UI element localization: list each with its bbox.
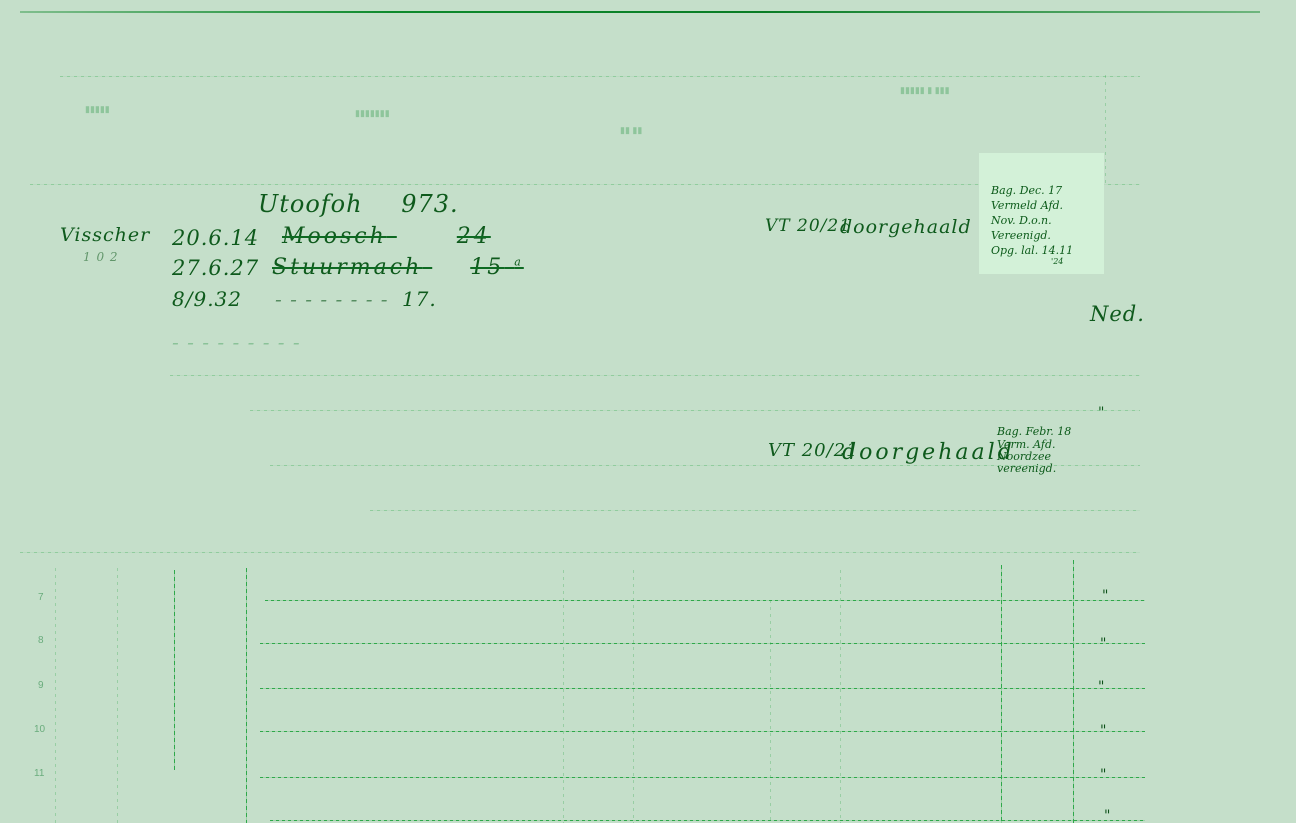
ditto-mark: "	[1100, 767, 1106, 783]
mid-rule	[170, 375, 1140, 376]
row-number: 7	[38, 592, 44, 603]
register-page: ▮▮▮▮▮ ▮▮▮▮▮▮▮ ▮▮ ▮▮ ▮▮▮▮▮ ▮ ▮▮▮ Visscher…	[0, 0, 1296, 823]
note-line: vereenigd.	[997, 463, 1071, 475]
rank-line-3: - - - - - - - - 17.	[275, 287, 437, 311]
table-col	[563, 570, 564, 823]
rank-number: 15	[470, 255, 504, 280]
table-col	[1073, 560, 1074, 823]
ditto-mark: "	[1102, 588, 1108, 604]
table-row-rule	[260, 777, 1145, 778]
note-line: '24	[991, 258, 1073, 266]
right-note: Ned.	[1090, 302, 1145, 326]
ditto-mark: "	[1104, 808, 1110, 823]
ditto-top: "	[1098, 405, 1105, 421]
mid-rule	[250, 410, 1140, 411]
surname: Visscher	[60, 224, 150, 246]
table-col	[55, 568, 56, 823]
top-rule	[20, 11, 1260, 13]
printed-header-1: ▮▮▮▮▮	[85, 104, 110, 115]
table-col	[174, 570, 175, 770]
row-number: 11	[34, 768, 44, 779]
rank-line-1: Moosch 24	[282, 224, 491, 249]
table-row-rule	[265, 600, 1145, 601]
rank-text: Moosch	[282, 224, 387, 249]
row-number: 10	[34, 724, 45, 735]
entry-date-1: 20.6.14	[172, 226, 259, 250]
rank-superscript: a	[514, 256, 524, 269]
status-ref-1: VT 20/21	[765, 216, 851, 236]
printed-header-2: ▮▮▮▮▮▮▮	[355, 108, 390, 119]
table-col	[770, 600, 771, 823]
note-line: Bag. Febr. 18	[997, 424, 1071, 439]
surname-subnumber: 1 0 2	[83, 250, 119, 264]
table-col	[117, 568, 118, 823]
printed-header-4: ▮▮▮▮▮ ▮ ▮▮▮	[900, 85, 950, 96]
entry-date-2: 27.6.27	[172, 256, 259, 280]
table-top-rule	[20, 552, 1140, 553]
rank-number: 24	[457, 224, 491, 249]
header-rule	[60, 76, 1140, 77]
ditto-mark: "	[1100, 636, 1106, 652]
rank-text: - - - - - - - -	[275, 287, 389, 311]
printed-header-3: ▮▮ ▮▮	[620, 125, 642, 136]
rank-number: 17.	[402, 287, 437, 311]
row-number: 9	[38, 680, 44, 691]
ditto-mark: "	[1098, 679, 1104, 695]
note-line: Nov. D.o.n.	[991, 213, 1073, 228]
status-text-1: doorgehaald	[840, 216, 972, 238]
table-row-rule	[270, 820, 1145, 821]
rank-line-0: Utoofoh 973.	[258, 190, 459, 218]
table-row-rule	[260, 731, 1145, 732]
margin-note-2: Bag. Febr. 18 Verm. Afd. Noordzee vereen…	[997, 424, 1071, 475]
table-col	[840, 570, 841, 823]
rank-text: Utoofoh	[258, 190, 363, 218]
faded-line: - - - - - - - - -	[172, 330, 301, 354]
note-line: Bag. Dec. 17	[991, 183, 1073, 198]
status-text-2: doorgehaald	[842, 440, 1015, 465]
rank-text: Stuurmach	[272, 255, 422, 280]
mid-rule	[370, 510, 1140, 511]
table-col	[246, 568, 247, 823]
note-line: Opg. lal. 14.11	[991, 243, 1073, 258]
note-line: Vermeld Afd.	[991, 198, 1073, 213]
table-col	[633, 570, 634, 823]
note-line: Vereenigd.	[991, 228, 1073, 243]
table-row-rule	[260, 688, 1145, 689]
table-col	[1001, 565, 1002, 823]
margin-note-1: Bag. Dec. 17 Vermeld Afd. Nov. D.o.n. Ve…	[979, 153, 1104, 274]
rank-number: 973.	[401, 190, 458, 218]
header-divider	[1105, 75, 1106, 185]
entry-date-3: 8/9.32	[172, 287, 242, 311]
rank-line-2: Stuurmach 15 a	[272, 255, 524, 280]
table-row-rule	[260, 643, 1145, 644]
header-rule-2	[30, 184, 1140, 185]
row-number: 8	[38, 635, 44, 646]
ditto-mark: "	[1100, 723, 1106, 739]
